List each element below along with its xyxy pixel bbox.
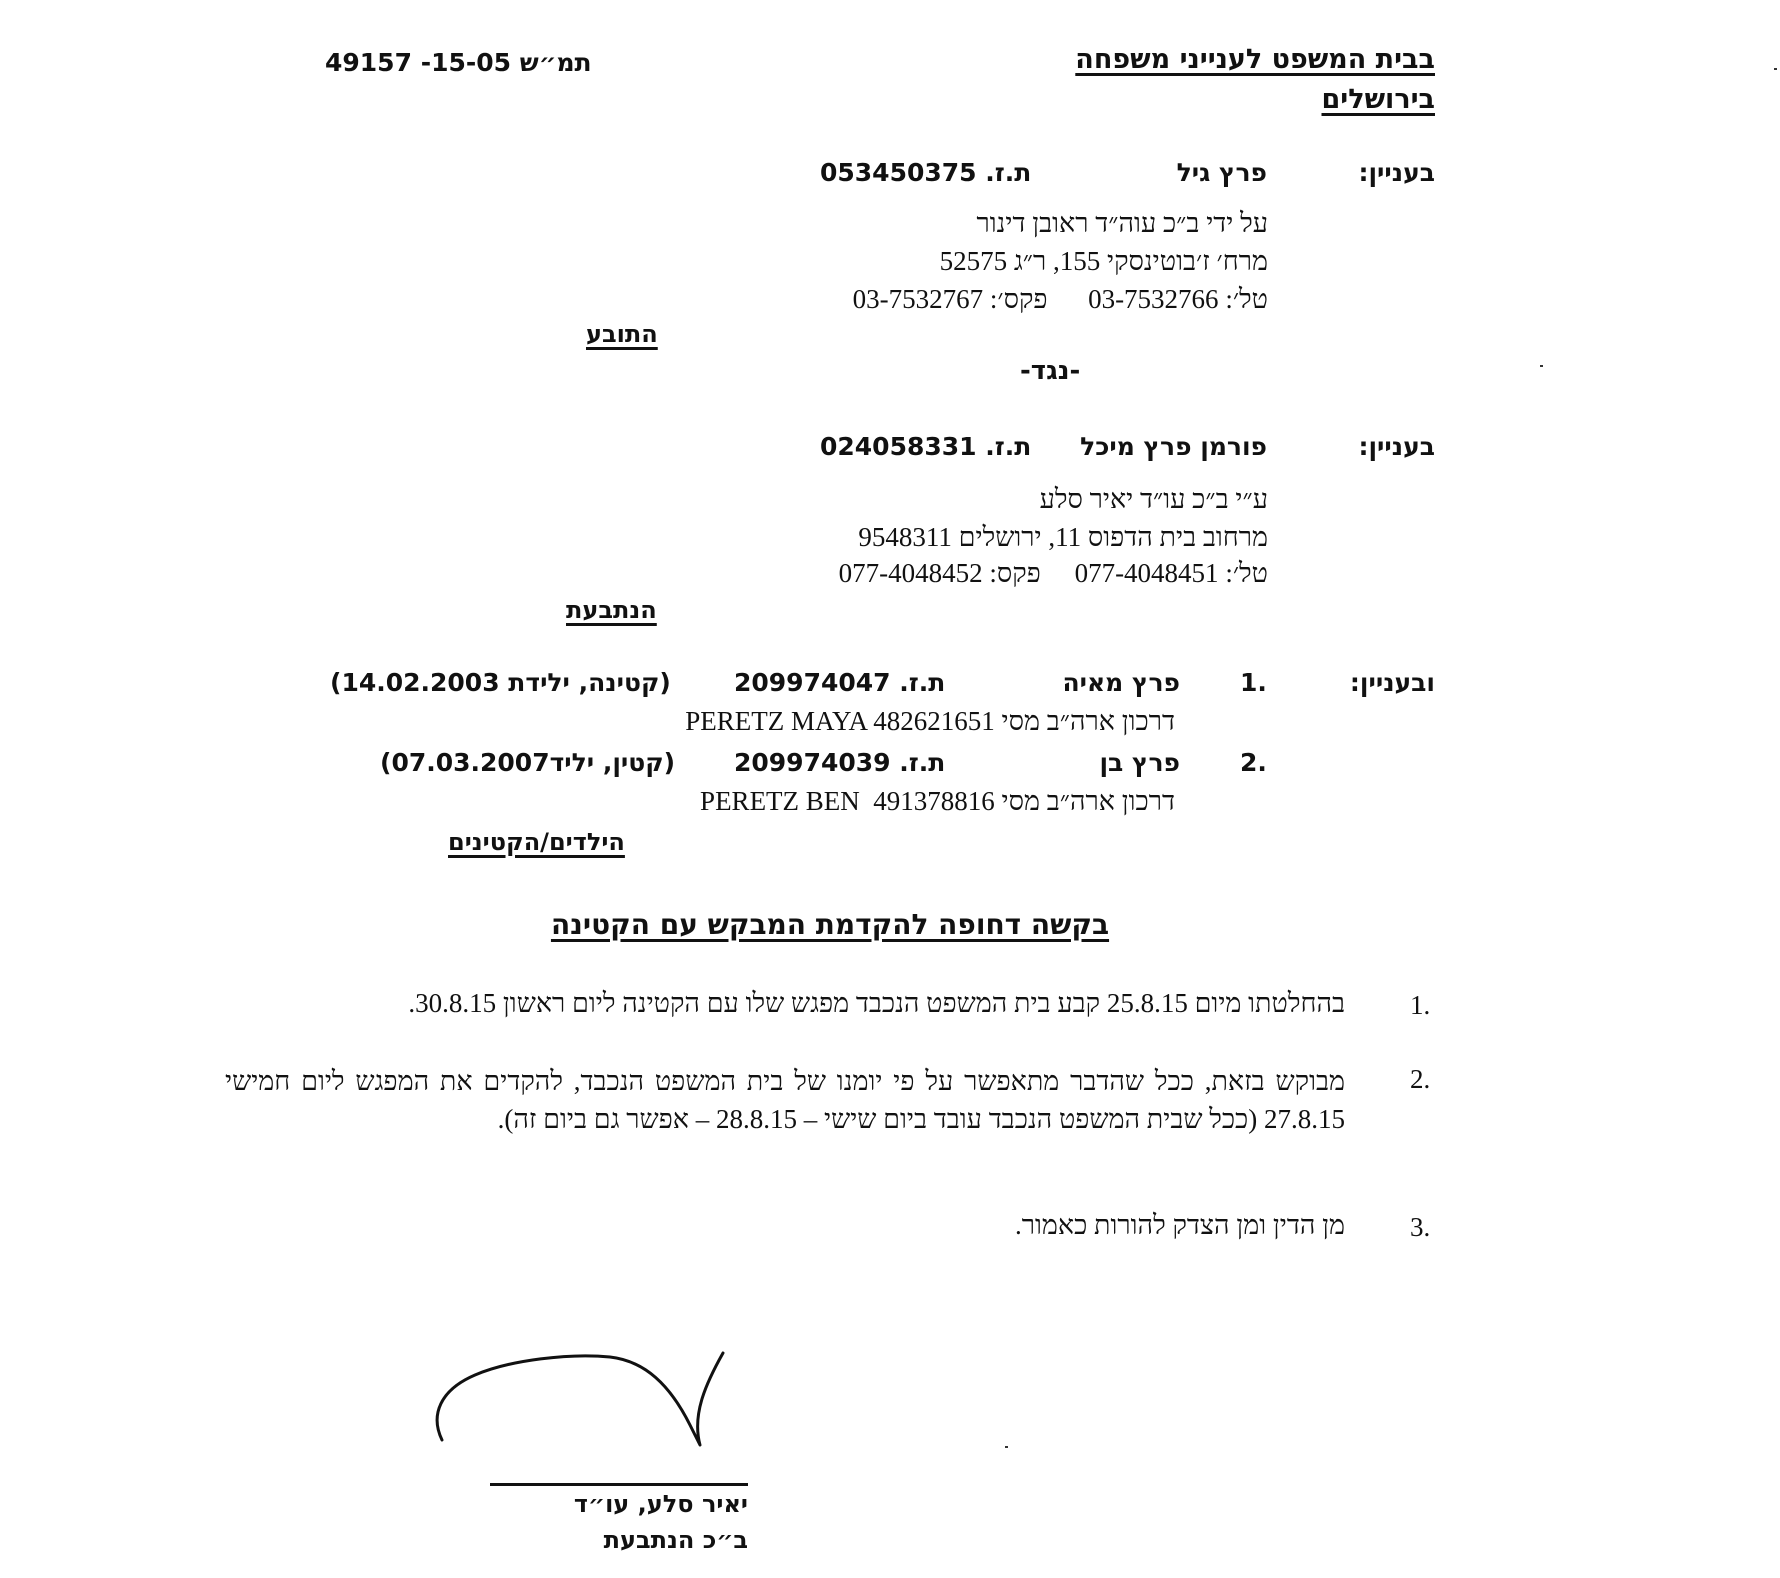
plaintiff-phone-fax: טל׳: 03-7532766 פקס׳: 03-7532767: [853, 284, 1268, 315]
plaintiff-role: התובע: [586, 320, 658, 348]
plaintiff-address: מרח׳ ז׳בוטינסקי 155, ר״ג 52575: [940, 246, 1268, 277]
minor-name: פרץ מאיה: [1062, 668, 1180, 697]
court-name: בבית המשפט לענייני משפחה: [1075, 44, 1435, 75]
scan-speck: [1005, 1446, 1008, 1448]
request-title: בקשה דחופה להקדמת המבקש עם הקטינה: [0, 908, 1660, 941]
defendant-phone-fax: טל׳: 077-4048451 פקס: 077-4048452: [839, 558, 1268, 589]
item-number: 2.: [1410, 1064, 1430, 1095]
item-number: 3.: [1410, 1212, 1430, 1243]
minor-id: ת.ז. 209974047: [734, 668, 945, 697]
item-text: בהחלטתו מיום 25.8.15 קבע בית המשפט הנכבד…: [408, 988, 1345, 1019]
signer-role: ב״כ הנתבעת: [604, 1526, 748, 1554]
signature-icon: [430, 1345, 750, 1475]
signer-name: יאיר סלע, עו״ד: [574, 1490, 748, 1518]
minors-label: ובעניין:: [1350, 668, 1435, 697]
defendant-id: ת.ז. 024058331: [820, 432, 1031, 461]
plaintiff-id: ת.ז. 053450375: [820, 158, 1031, 187]
item-text: מבוקש בזאת, ככל שהדבר מתאפשר על פי יומנו…: [225, 1062, 1345, 1138]
versus-heading: -נגד-: [1020, 356, 1080, 386]
minor-passport: PERETZ BEN דרכון ארה״ב מסי 491378816: [700, 786, 1175, 817]
defendant-representation: ע״י ב״כ עו״ד יאיר סלע: [1040, 484, 1268, 515]
court-location: בירושלים: [1322, 84, 1436, 115]
scan-speck: [1540, 365, 1543, 367]
plaintiff-label: בעניין:: [1358, 158, 1435, 187]
minors-role: הילדים/הקטינים: [448, 828, 625, 856]
item-text: מן הדין ומן הצדק להורות כאמור.: [1015, 1210, 1345, 1241]
plaintiff-name: פרץ גיל: [1177, 158, 1267, 187]
defendant-name: פורמן פרץ מיכל: [1080, 432, 1267, 461]
item-number: 1.: [1410, 990, 1430, 1021]
minor-name: פרץ בן: [1099, 748, 1180, 777]
signature-line: [490, 1483, 748, 1486]
scan-speck: [1774, 68, 1777, 70]
minor-number: 2.: [1240, 748, 1267, 777]
case-number: תמ״ש 15-05- 49157: [325, 48, 592, 77]
minor-birth-note: (קטינה, ילידת 14.02.2003): [330, 668, 671, 697]
defendant-address: מרחוב בית הדפוס 11, ירושלים 9548311: [858, 522, 1268, 553]
plaintiff-representation: על ידי ב״כ עוה״ד ראובן דינור: [976, 208, 1268, 239]
defendant-label: בעניין:: [1358, 432, 1435, 461]
defendant-role: הנתבעת: [566, 596, 657, 624]
minor-birth-note: (קטין, יליד07.03.2007): [380, 748, 675, 777]
minor-passport: PERETZ MAYA דרכון ארה״ב מסי 482621651: [685, 706, 1175, 737]
minor-number: 1.: [1240, 668, 1267, 697]
minor-id: ת.ז. 209974039: [734, 748, 945, 777]
